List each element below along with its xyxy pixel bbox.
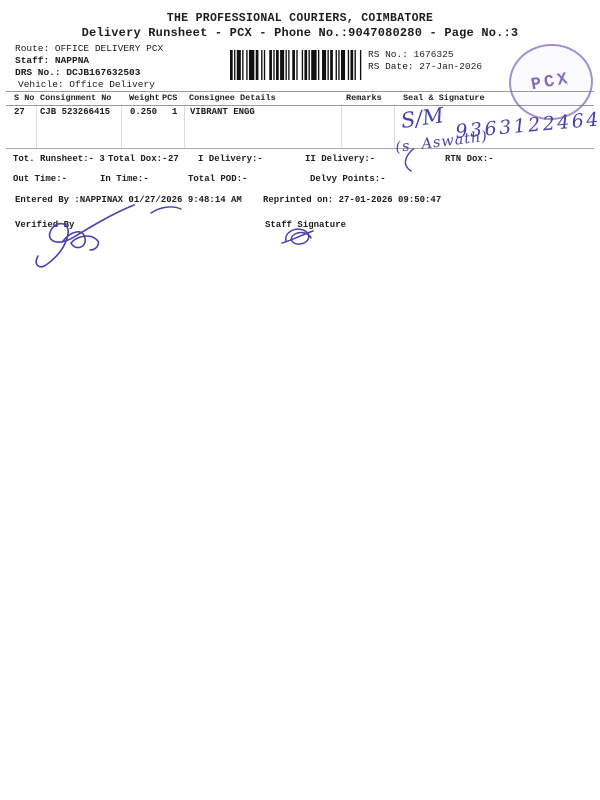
out-time: Out Time:- bbox=[13, 175, 67, 185]
total-dox-label: Total Dox:- bbox=[108, 155, 167, 165]
col-header-consignment: Consignment No bbox=[40, 94, 111, 103]
runsheet-document: THE PROFESSIONAL COURIERS, COIMBATORE De… bbox=[0, 0, 600, 800]
row-consignment: CJB 523266415 bbox=[40, 108, 110, 118]
staff-signature-label: Staff Signature bbox=[265, 221, 346, 231]
row-weight: 0.250 bbox=[130, 108, 157, 118]
rtn-dox: RTN Dox:- bbox=[445, 155, 494, 165]
vehicle-line: Vehicle: Office Delivery bbox=[18, 80, 155, 90]
total-dox-value: 27 bbox=[168, 155, 179, 165]
reprinted-on: Reprinted on: 27-01-2026 09:50:47 bbox=[263, 196, 441, 206]
handwritten-initials: S/M bbox=[399, 103, 445, 133]
drs-no-line: DRS No.: DCJB167632503 bbox=[15, 68, 140, 78]
table-col-divider bbox=[184, 106, 185, 148]
col-header-weight: Weight bbox=[129, 94, 160, 103]
ii-delivery: II Delivery:- bbox=[305, 155, 375, 165]
row-pcs: 1 bbox=[172, 108, 177, 118]
table-col-divider bbox=[121, 106, 122, 148]
row-consignee: VIBRANT ENGG bbox=[190, 108, 255, 118]
in-time: In Time:- bbox=[100, 175, 149, 185]
col-header-remarks: Remarks bbox=[346, 94, 382, 103]
table-col-divider bbox=[36, 106, 37, 148]
col-header-seal: Seal & Signature bbox=[403, 94, 485, 103]
pcx-stamp-text: PCX bbox=[530, 69, 572, 95]
runsheet-subtitle: Delivery Runsheet - PCX - Phone No.:9047… bbox=[0, 27, 600, 40]
route-line: Route: OFFICE DELIVERY PCX bbox=[15, 44, 163, 54]
rs-no-line: RS No.: 1676325 bbox=[368, 50, 454, 60]
handwritten-name: (s. Aswath) bbox=[395, 129, 489, 156]
table-header-rule bbox=[6, 105, 594, 106]
barcode bbox=[230, 50, 364, 80]
staff-signature-scribble bbox=[282, 229, 313, 244]
col-header-sno: S No bbox=[14, 94, 34, 103]
verified-by-label: Verified By bbox=[15, 221, 74, 231]
total-pod: Total POD:- bbox=[188, 175, 247, 185]
delvy-points: Delvy Points:- bbox=[310, 175, 386, 185]
col-header-pcs: PCS bbox=[162, 94, 177, 103]
rs-date-line: RS Date: 27-Jan-2026 bbox=[368, 62, 482, 72]
table-col-divider bbox=[341, 106, 342, 148]
table-col-divider bbox=[394, 106, 395, 148]
col-header-consignee: Consignee Details bbox=[189, 94, 276, 103]
company-title: THE PROFESSIONAL COURIERS, COIMBATORE bbox=[0, 13, 600, 26]
entered-by: Entered By :NAPPINAX 01/27/2026 9:48:14 … bbox=[15, 196, 242, 206]
row-sno: 27 bbox=[14, 108, 25, 118]
i-delivery: I Delivery:- bbox=[198, 155, 263, 165]
tot-runsheet: Tot. Runsheet:- 3 bbox=[13, 155, 105, 165]
pcx-stamp: PCX bbox=[506, 40, 596, 123]
staff-line: Staff: NAPPNA bbox=[15, 56, 89, 66]
table-top-rule bbox=[6, 91, 594, 92]
table-bottom-rule bbox=[6, 148, 594, 149]
handwriting-paren-tail bbox=[405, 150, 412, 171]
handwriting-layer: S/M 9363122464. (s. Aswath) bbox=[0, 0, 600, 800]
verified-by-signature bbox=[36, 205, 181, 267]
